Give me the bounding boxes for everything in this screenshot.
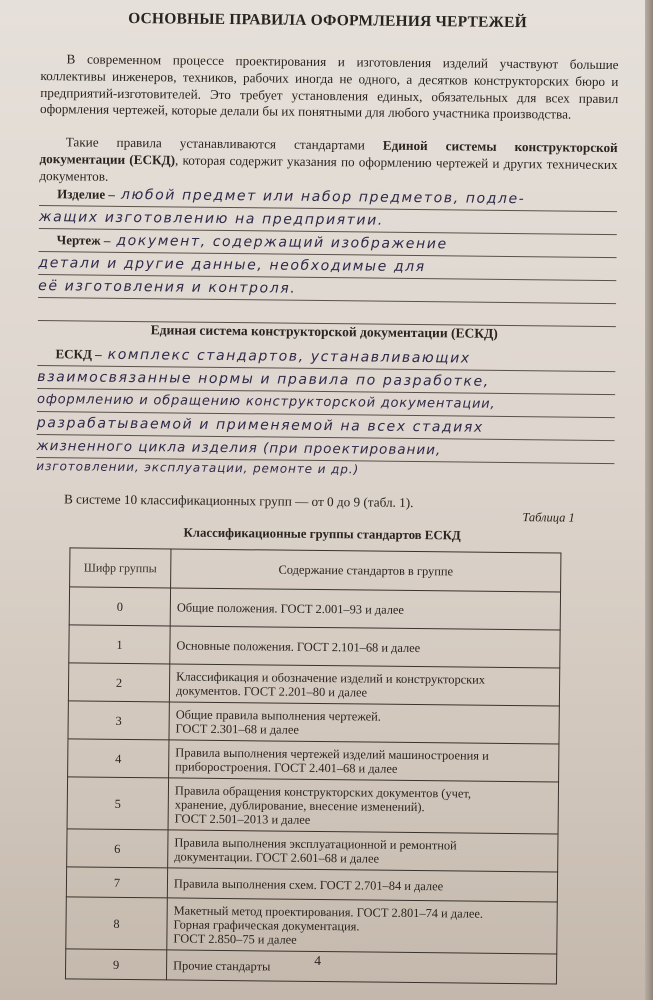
group-code-cell: 1 (69, 625, 170, 664)
table-row: 2Классификация и обозначение изделий и к… (68, 663, 559, 706)
group-content-cell: Правила выполнения чертежей изделий маши… (169, 740, 559, 782)
term-label: Чертеж – (57, 232, 111, 248)
eskd-groups-table: Шифр группы Содержание стандартов в груп… (65, 547, 561, 984)
content-line: документации. ГОСТ 2.601–68 и далее (174, 849, 553, 867)
table-title: Классификационные группы стандартов ЕСКД (0, 524, 645, 546)
group-code-cell: 6 (67, 829, 168, 868)
group-content-cell: Общие положения. ГОСТ 2.001–93 и далее (170, 588, 560, 630)
content-line: ГОСТ 2.850–75 и далее (173, 931, 552, 949)
table-body: 0Общие положения. ГОСТ 2.001–93 и далее1… (65, 587, 560, 984)
content-line: документов. ГОСТ 2.201–80 и далее (176, 683, 555, 701)
group-content-cell: Правила обращения конструкторских докуме… (168, 778, 559, 834)
term-label: ЕСКД – (55, 346, 101, 361)
content-line: Основные положения. ГОСТ 2.101–68 и дале… (176, 638, 555, 656)
table-header-row: Шифр группы Содержание стандартов в груп… (70, 548, 561, 592)
table-label: Таблица 1 (522, 510, 575, 526)
intro-paragraph: В современном процессе проектирования и … (40, 51, 619, 124)
group-code-cell: 2 (68, 663, 169, 702)
group-content-cell: Классификация и обозначение изделий и ко… (169, 664, 559, 706)
header-code: Шифр группы (70, 548, 171, 588)
group-content-cell: Общие правила выполнения чертежей.ГОСТ 2… (169, 702, 559, 744)
standards-text-before: Такие правила устанавливаются стандартам… (66, 134, 383, 152)
page-title: ОСНОВНЫЕ ПРАВИЛА ОФОРМЛЕНИЯ ЧЕРТЕЖЕЙ (5, 9, 650, 34)
table-row: 1Основные положения. ГОСТ 2.101–68 и дал… (69, 625, 560, 668)
definition-eskd: ЕСКД –комплекс стандартов, устанавливающ… (36, 343, 615, 481)
term-label: Изделие – (57, 186, 115, 202)
content-line: Общие положения. ГОСТ 2.001–93 и далее (177, 600, 556, 618)
group-code-cell: 4 (68, 739, 169, 778)
table-row: 6Правила выполнения эксплуатационной и р… (67, 829, 558, 872)
group-code-cell: 8 (66, 897, 168, 950)
header-content: Содержание стандартов в группе (171, 549, 561, 592)
group-content-cell: Правила выполнения схем. ГОСТ 2.701–84 и… (167, 868, 557, 902)
group-code-cell: 0 (69, 587, 170, 626)
table-row: 0Общие положения. ГОСТ 2.001–93 и далее (69, 587, 560, 630)
group-code-cell: 5 (67, 777, 169, 830)
group-code-cell: 3 (68, 701, 169, 740)
group-content-cell: Макетный метод проектирования. ГОСТ 2.80… (167, 898, 558, 954)
group-code-cell: 7 (66, 867, 167, 898)
content-line: ГОСТ 2.501–2013 и далее (175, 811, 554, 829)
document-page: ОСНОВНЫЕ ПРАВИЛА ОФОРМЛЕНИЯ ЧЕРТЕЖЕЙ В с… (0, 0, 650, 1000)
table-row: 3Общие правила выполнения чертежей.ГОСТ … (68, 701, 559, 744)
table-row: 8Макетный метод проектирования. ГОСТ 2.8… (66, 897, 558, 954)
standards-paragraph: Такие правила устанавливаются стандартам… (39, 134, 617, 190)
intro-text: В современном процессе проектирования и … (40, 51, 619, 122)
definition-chertezh: Чертеж –документ, содержащий изображение… (38, 229, 617, 327)
definition-izdelie: Изделие –любой предмет или набор предмет… (39, 183, 617, 235)
table-row: 4Правила выполнения чертежей изделий маш… (68, 739, 559, 782)
table-row: 5Правила обращения конструкторских докум… (67, 777, 559, 834)
content-line: приборостроения. ГОСТ 2.401–68 и далее (175, 759, 554, 777)
group-content-cell: Правила выполнения эксплуатационной и ре… (168, 830, 558, 872)
content-line: Правила выполнения схем. ГОСТ 2.701–84 и… (174, 876, 553, 894)
group-content-cell: Основные положения. ГОСТ 2.101–68 и дале… (170, 626, 560, 668)
content-line: ГОСТ 2.301–68 и далее (176, 721, 555, 739)
